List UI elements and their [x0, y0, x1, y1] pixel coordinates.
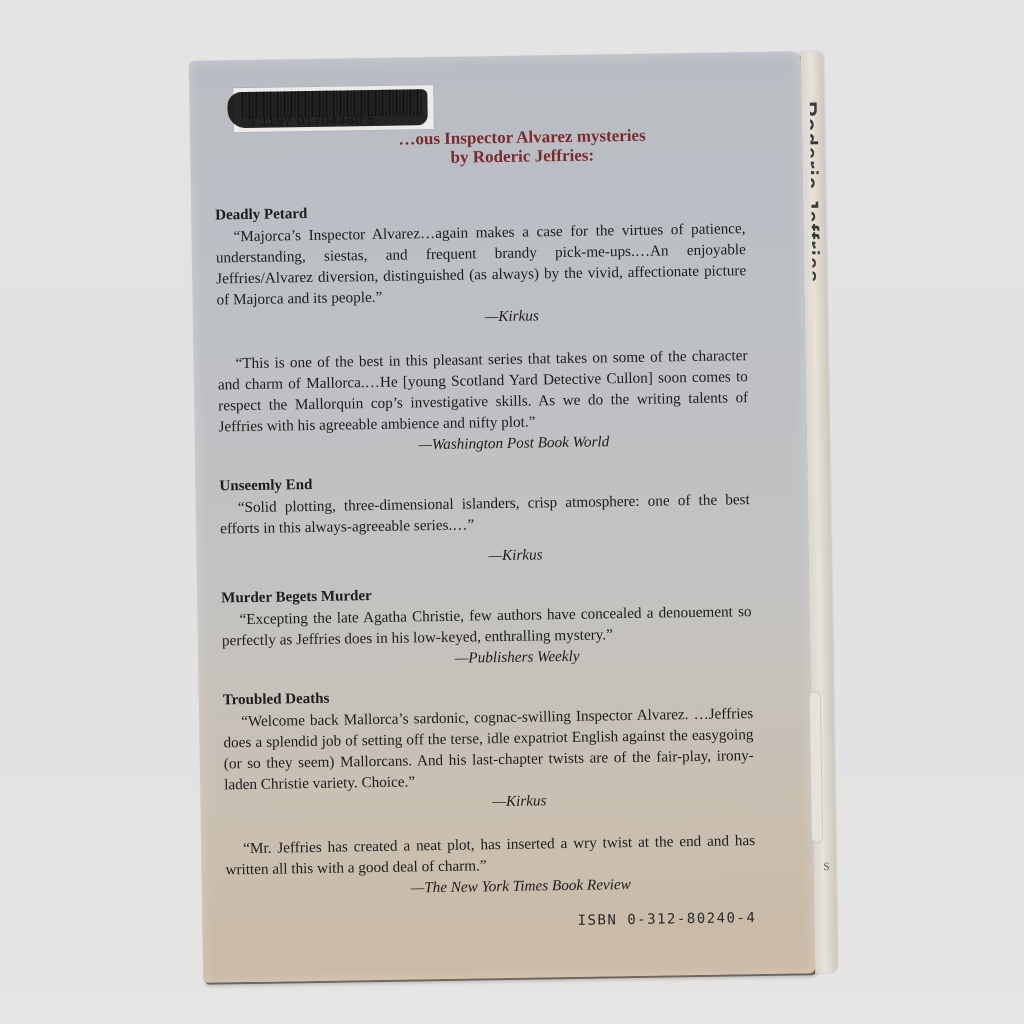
cover-heading: …ous Inspector Alvarez mysteries by Rode… [262, 124, 783, 170]
spine-letter: S [823, 861, 829, 873]
review-quote: “This is one of the best in this pleasan… [217, 345, 748, 437]
book-entry: Unseemly End “Solid plotting, three-dime… [219, 468, 750, 570]
review-quote: “Majorca’s Inspector Alvarez…again makes… [215, 218, 746, 310]
library-barcode-label: 3 1197 01704480 5 [233, 85, 434, 132]
book-back-cover: Roderic Jeffries S 3 1197 01704480 5 …ou… [189, 51, 815, 982]
redaction-mark [227, 89, 428, 128]
review-quote: “Welcome back Mallorca’s sardonic, cogna… [223, 703, 754, 795]
book-entry: Deadly Petard “Majorca’s Inspector Alvar… [215, 197, 749, 458]
closing-review: “Mr. Jeffries has created a neat plot, h… [225, 830, 756, 901]
book-entry: Murder Begets Murder “Excepting the late… [221, 580, 752, 672]
reviews-section: Deadly Petard “Majorca’s Inspector Alvar… [215, 197, 756, 901]
isbn-number: ISBN 0-312-80240-4 [578, 910, 757, 929]
book-entry: Troubled Deaths “Welcome back Mallorca’s… [223, 682, 755, 816]
jacket-fold-tab [809, 691, 823, 843]
